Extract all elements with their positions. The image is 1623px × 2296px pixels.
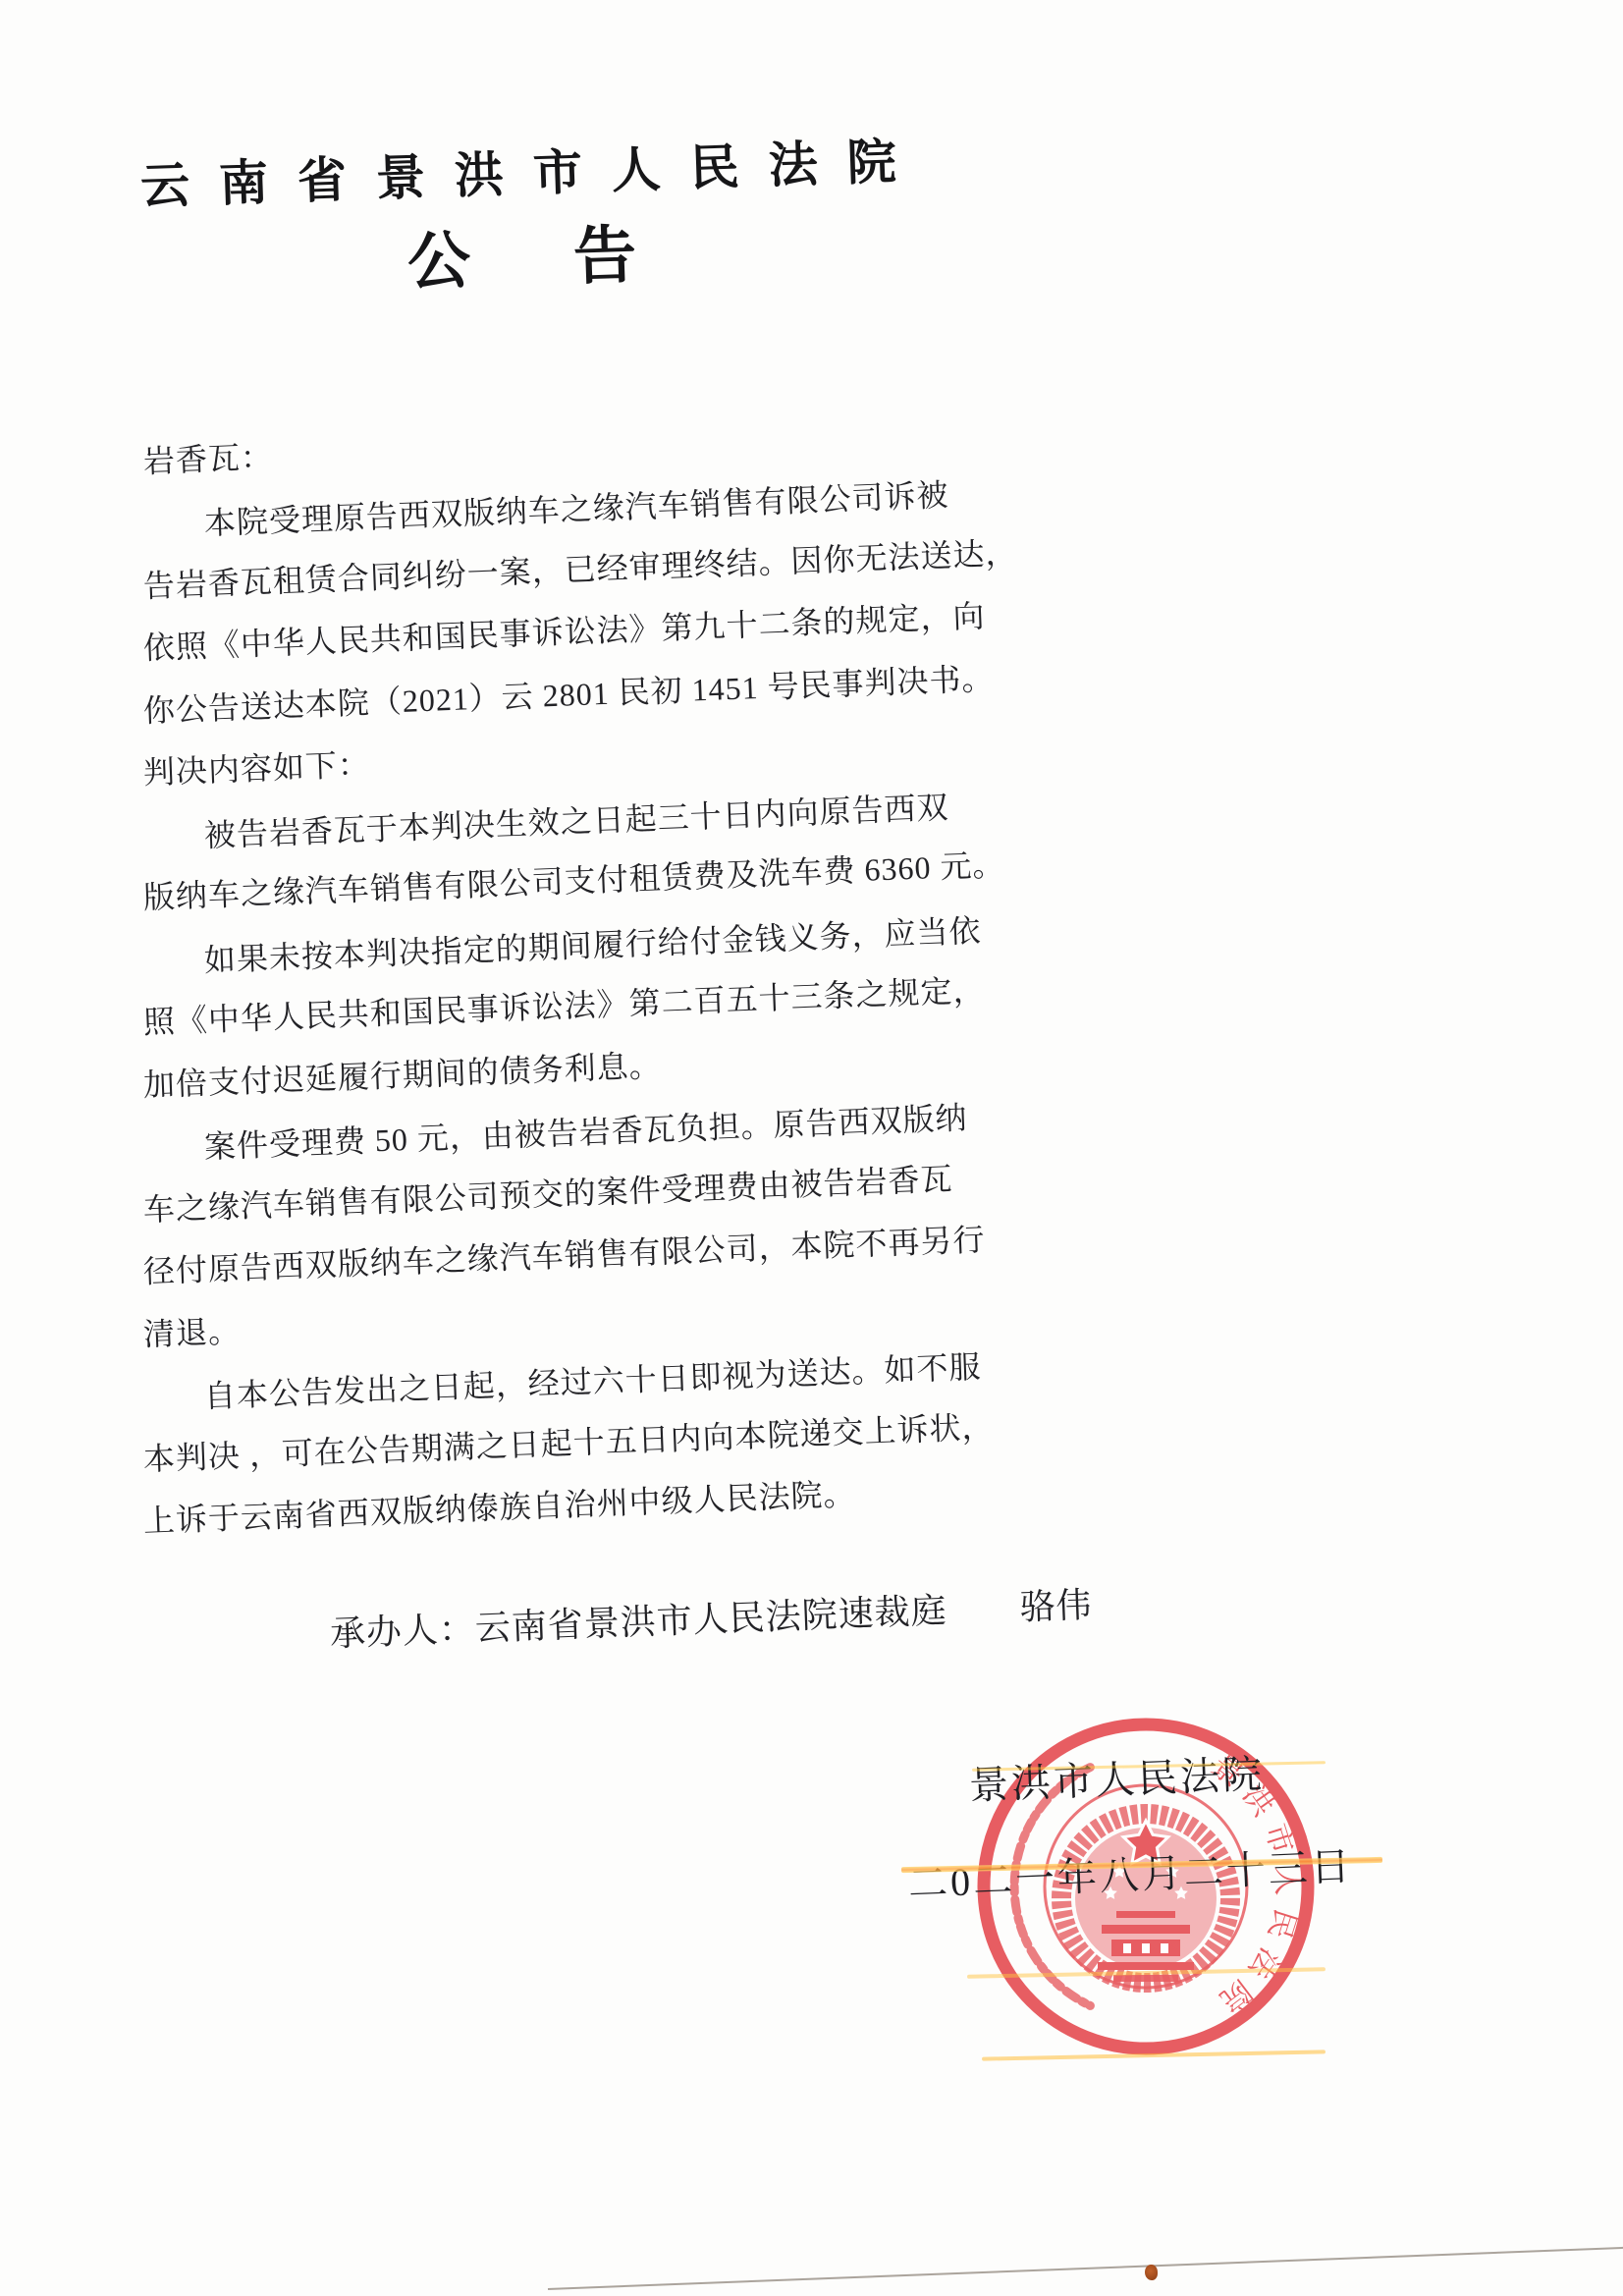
body-line: 上诉于云南省西双版纳傣族自治州中级人民法院。 (142, 1474, 856, 1541)
body-line: 径付原告西双版纳车之缘汽车销售有限公司，本院不再另行 (142, 1220, 986, 1291)
recipient-line: 岩香瓦： (142, 437, 273, 481)
handler-line: 承办人：云南省景洪市人民法院速裁庭 骆伟 (329, 1584, 1093, 1655)
body-line: 案件受理费 50 元，由被告岩香瓦负担。原告西双版纳 (203, 1098, 968, 1167)
page-title-court: 云南省景洪市人民法院 (139, 121, 927, 217)
body-line: 自本公告发出之日起，经过六十日即视为送达。如不服 (203, 1347, 982, 1416)
body-line: 如果未按本判决指定的期间履行给付金钱义务，应当依 (203, 911, 982, 980)
body-line: 照《中华人民共和国民事诉讼法》第二百五十三条之规定， (142, 970, 986, 1042)
body-line: 判决内容如下： (142, 744, 370, 793)
body-line: 依照《中华人民共和国民事诉讼法》第九十二条的规定，向 (142, 596, 986, 668)
body-line: 版纳车之缘汽车销售有限公司支付租赁费及洗车费 6360 元。 (142, 845, 1005, 917)
signature-court-name: 景洪市人民法院 (968, 1743, 1266, 1811)
ink-dot (1145, 2265, 1158, 2280)
body-line: 清退。 (142, 1311, 241, 1354)
paper-edge-line (548, 2245, 1623, 2290)
body-line: 本院受理原告西双版纳车之缘汽车销售有限公司诉被 (203, 475, 949, 543)
body-line: 被告岩香瓦于本判决生效之日起三十日内向原告西双 (203, 788, 949, 855)
body-line: 你公告送达本院（2021）云 2801 民初 1451 号民事判决书。 (142, 659, 995, 731)
scanned-court-notice-page: 云南省景洪市人民法院 公告 岩香瓦： 本院受理原告西双版纳车之缘汽车销售有限公司… (0, 0, 1623, 2296)
body-line: 本判决 ，可在公告期满之日起十五日内向本院递交上诉状， (142, 1407, 995, 1479)
body-line: 车之缘汽车销售有限公司预交的案件受理费由被告岩香瓦 (142, 1159, 953, 1230)
page-title-notice: 公告 (406, 201, 740, 302)
body-line: 告岩香瓦租赁合同纠纷一案，已经审理终结。因你无法送达， (142, 533, 1018, 606)
body-line: 加倍支付迟延履行期间的债务利息。 (142, 1046, 662, 1105)
